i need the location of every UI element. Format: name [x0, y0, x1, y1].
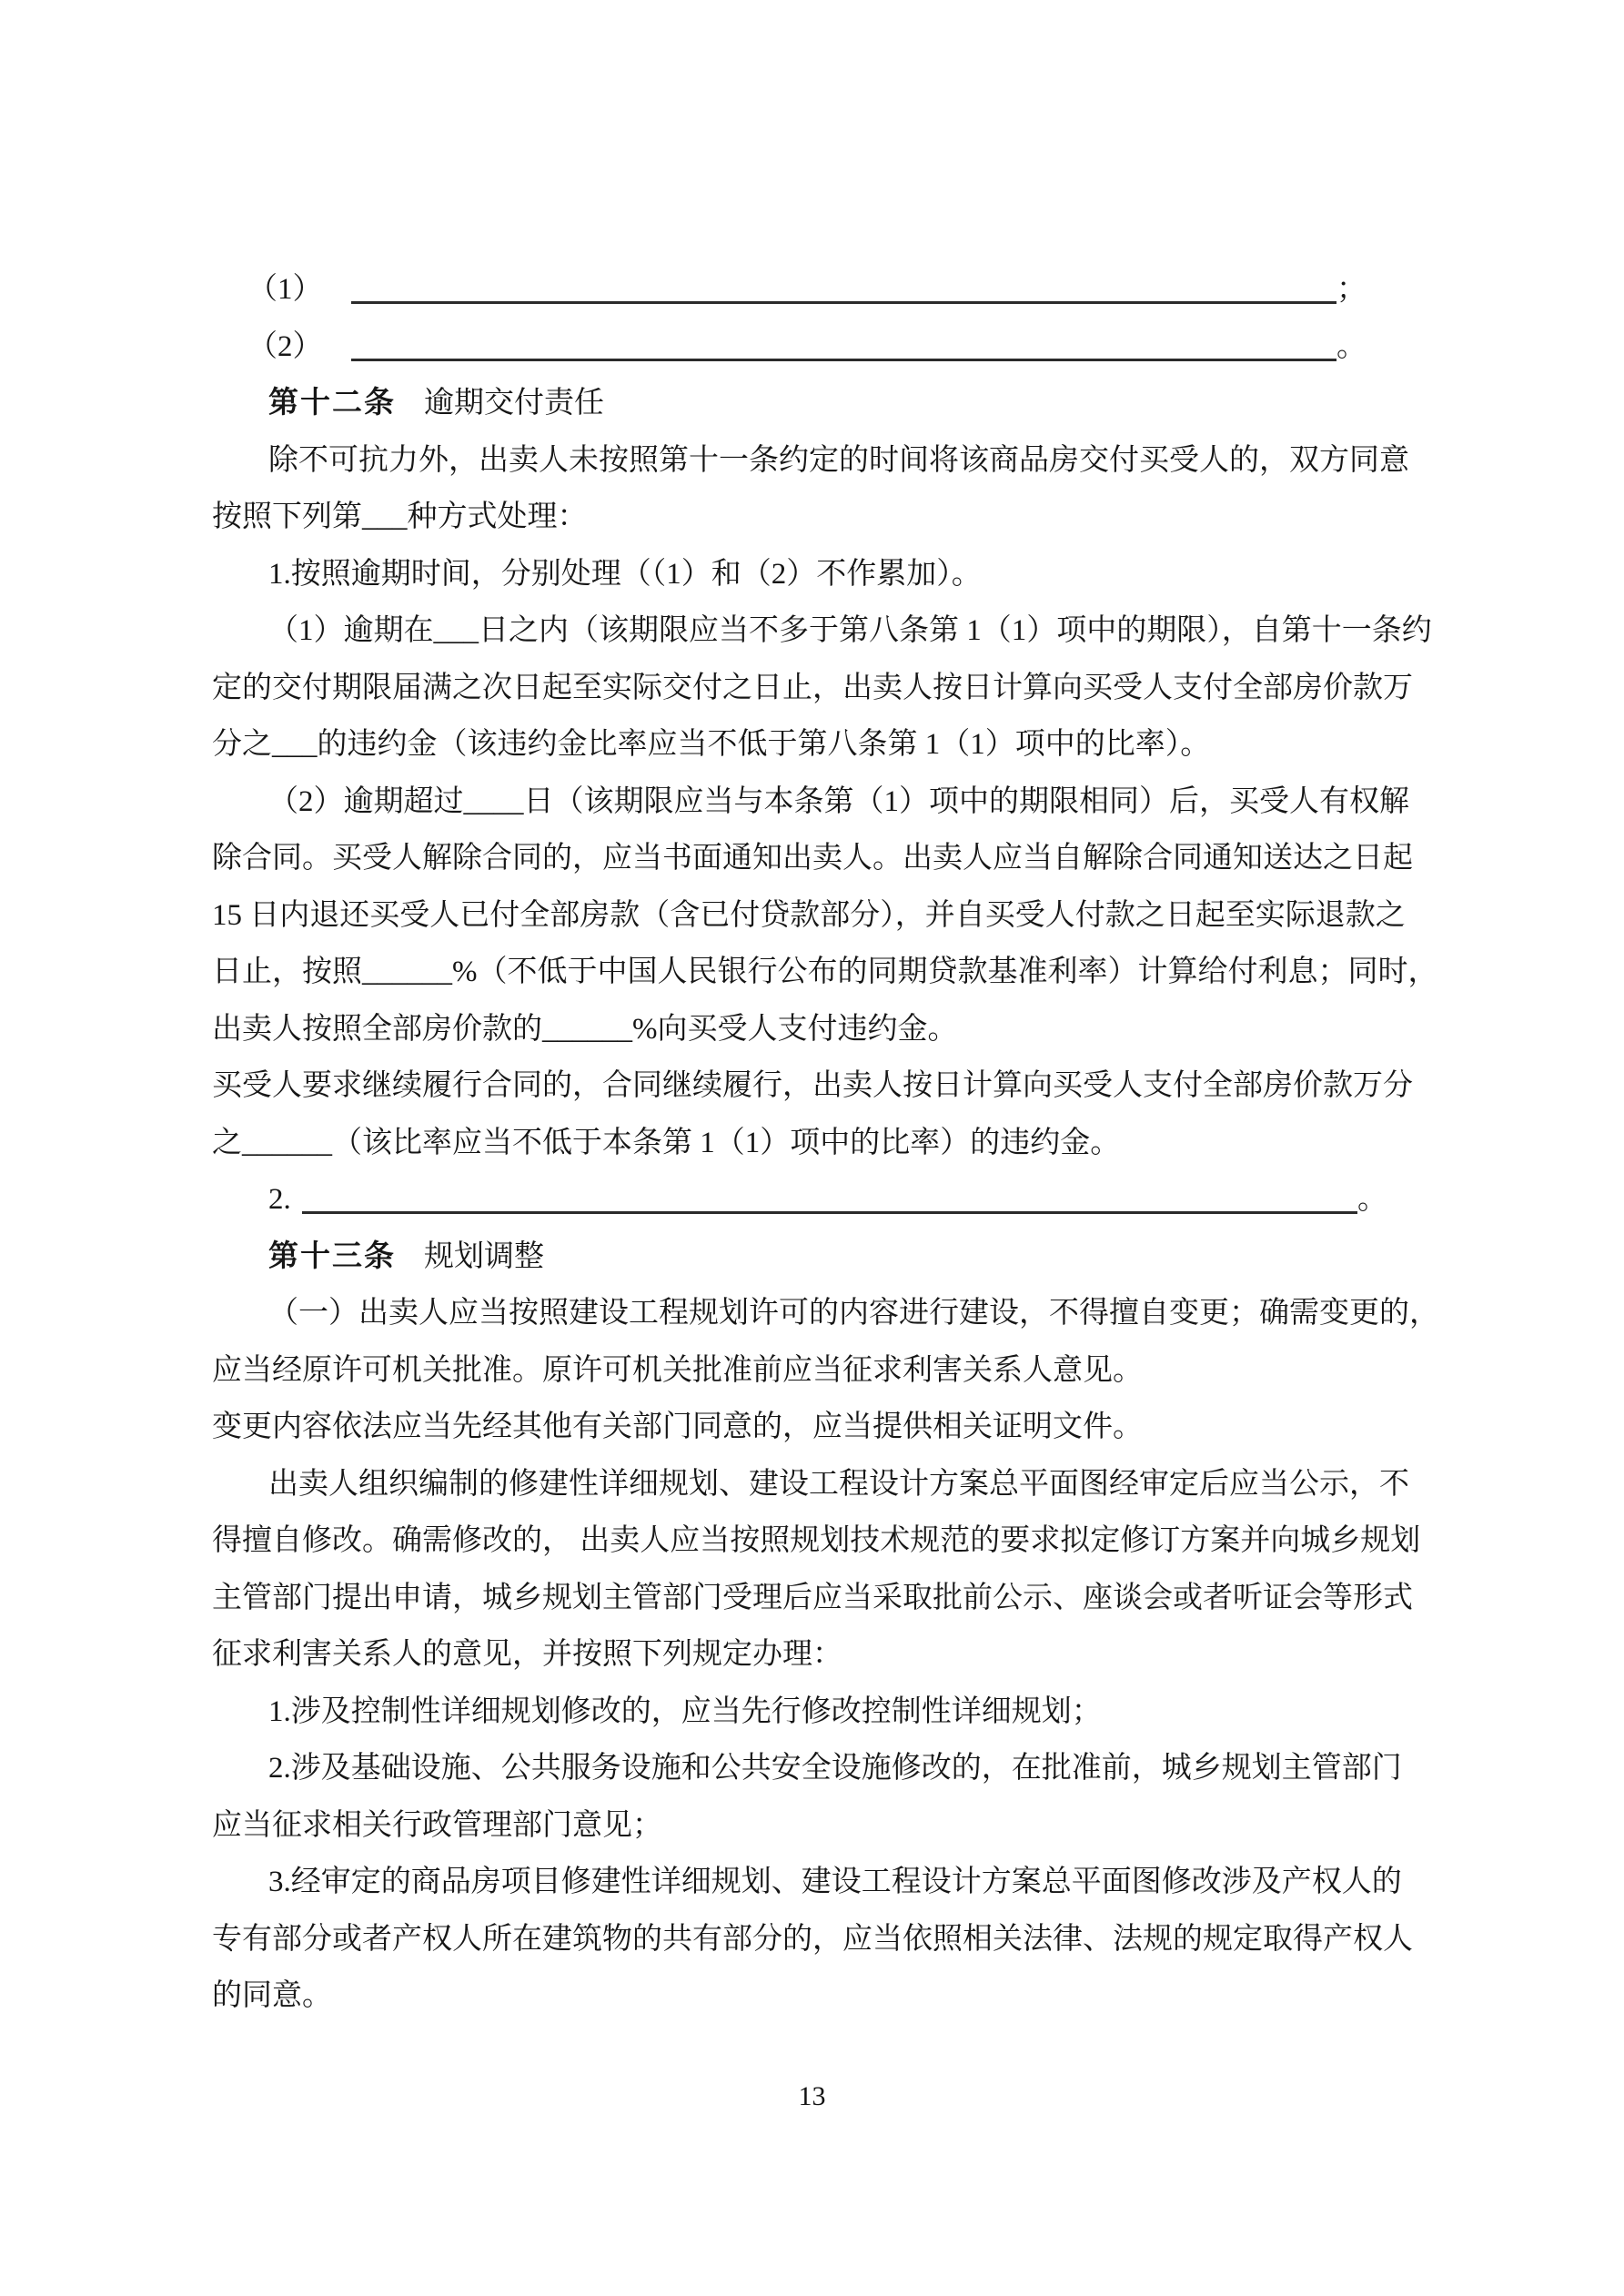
- fill-prefix: （1）: [247, 261, 323, 319]
- fill-in-line: （2）。: [212, 319, 1367, 376]
- fill-suffix: 。: [1337, 319, 1367, 376]
- fill-suffix: 。: [1357, 1171, 1387, 1229]
- blank-underline: [351, 261, 1337, 304]
- fill-in-line: （1）；: [212, 261, 1367, 319]
- contract-line: 1.按照逾期时间，分别处理（（1）和（2）不作累加）。: [212, 546, 1422, 603]
- contract-line: 得擅自修改。确需修改的， 出卖人应当按照规划技术规范的要求拟定修订方案并向城乡规…: [212, 1512, 1422, 1570]
- contract-body: （1）；（2）。第十二条逾期交付责任除不可抗力外，出卖人未按照第十一条约定的时间…: [0, 0, 1624, 2025]
- contract-line: 除合同。买受人解除合同的，应当书面通知出卖人。出卖人应当自解除合同通知送达之日起: [212, 830, 1422, 887]
- article-heading: 第十三条规划调整: [212, 1229, 1422, 1286]
- article-title: 逾期交付责任: [424, 387, 604, 420]
- contract-line: 日止，按照______%（不低于中国人民银行公布的同期贷款基准利率）计算给付利息…: [212, 944, 1422, 1001]
- contract-line: 出卖人组织编制的修建性详细规划、建设工程设计方案总平面图经审定后应当公示，不: [212, 1456, 1422, 1513]
- contract-line: 定的交付期限届满之次日起至实际交付之日止，出卖人按日计算向买受人支付全部房价款万: [212, 660, 1422, 717]
- contract-line: 的同意。: [212, 1967, 1422, 2025]
- contract-line: 专有部分或者产权人所在建筑物的共有部分的，应当依照相关法律、法规的规定取得产权人: [212, 1911, 1422, 1968]
- contract-line: 按照下列第___种方式处理：: [212, 489, 1422, 546]
- fill-in-line: 2.。: [212, 1171, 1387, 1229]
- fill-suffix: ；: [1337, 261, 1367, 319]
- contract-line: 2.涉及基础设施、公共服务设施和公共安全设施修改的，在批准前，城乡规划主管部门: [212, 1740, 1422, 1797]
- article-number: 第十二条: [268, 387, 396, 420]
- contract-line: 买受人要求继续履行合同的，合同继续履行，出卖人按日计算向买受人支付全部房价款万分: [212, 1057, 1422, 1115]
- contract-line: （1）逾期在___日之内（该期限应当不多于第八条第 1（1）项中的期限），自第十…: [212, 602, 1422, 660]
- blank-underline: [302, 1171, 1357, 1214]
- contract-line: 应当经原许可机关批准。原许可机关批准前应当征求利害关系人意见。: [212, 1342, 1422, 1400]
- contract-line: 15 日内退还买受人已付全部房款（含已付贷款部分），并自买受人付款之日起至实际退…: [212, 887, 1422, 945]
- article-heading: 第十二条逾期交付责任: [212, 375, 1422, 432]
- contract-line: 之______（该比率应当不低于本条第 1（1）项中的比率）的违约金。: [212, 1115, 1422, 1172]
- fill-prefix: 2.: [268, 1171, 291, 1229]
- contract-line: 征求利害关系人的意见，并按照下列规定办理：: [212, 1626, 1422, 1684]
- contract-line: 变更内容依法应当先经其他有关部门同意的，应当提供相关证明文件。: [212, 1399, 1422, 1456]
- contract-line: （2）逾期超过____日（该期限应当与本条第（1）项中的期限相同）后，买受人有权…: [212, 774, 1422, 831]
- article-number: 第十三条: [268, 1240, 396, 1273]
- document-page: （1）；（2）。第十二条逾期交付责任除不可抗力外，出卖人未按照第十一条约定的时间…: [0, 0, 1624, 2296]
- contract-line: 分之___的违约金（该违约金比率应当不低于第八条第 1（1）项中的比率）。: [212, 716, 1422, 774]
- contract-line: 1.涉及控制性详细规划修改的，应当先行修改控制性详细规划；: [212, 1684, 1422, 1741]
- blank-underline: [351, 319, 1337, 361]
- article-title: 规划调整: [424, 1240, 544, 1273]
- contract-line: 3.经审定的商品房项目修建性详细规划、建设工程设计方案总平面图修改涉及产权人的: [212, 1854, 1422, 1911]
- contract-line: 应当征求相关行政管理部门意见；: [212, 1797, 1422, 1855]
- contract-line: 出卖人按照全部房价款的______%向买受人支付违约金。: [212, 1001, 1422, 1058]
- contract-line: 除不可抗力外，出卖人未按照第十一条约定的时间将该商品房交付买受人的，双方同意: [212, 432, 1422, 490]
- fill-prefix: （2）: [247, 319, 323, 376]
- contract-line: （一）出卖人应当按照建设工程规划许可的内容进行建设，不得擅自变更；确需变更的，: [212, 1285, 1422, 1342]
- contract-line: 主管部门提出申请，城乡规划主管部门受理后应当采取批前公示、座谈会或者听证会等形式: [212, 1570, 1422, 1627]
- page-number: 13: [0, 2068, 1624, 2126]
